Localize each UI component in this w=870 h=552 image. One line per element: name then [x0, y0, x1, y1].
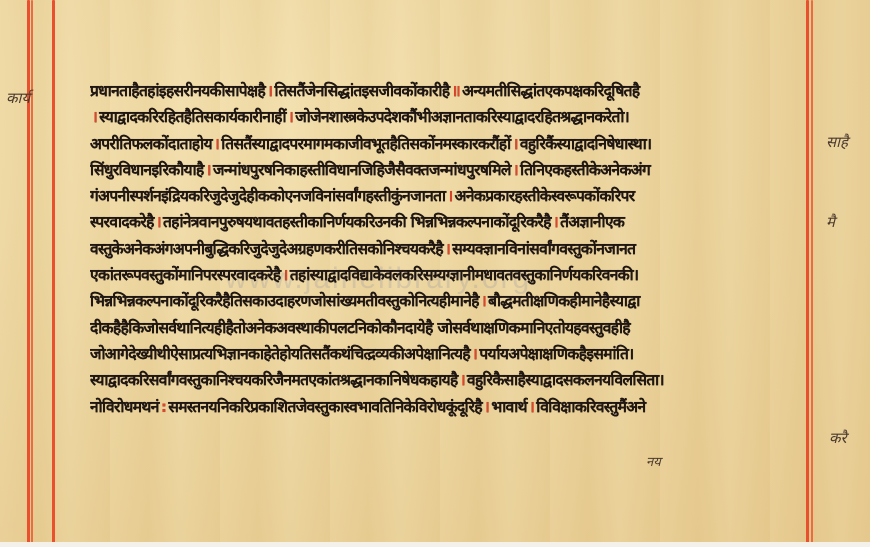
- text-line-6: स्परवादकरेहै।तहांनेत्रवानपुरुषयथावतहस्ती…: [90, 209, 812, 235]
- text-line-3: अपरीतिफलकोंदाताहोय।तिसतैंस्याद्वादपरमागम…: [90, 131, 812, 157]
- margin-note-right-2: मै: [826, 212, 835, 232]
- margin-note-left: कार्य: [6, 88, 30, 108]
- left-outer-rule: [27, 0, 30, 547]
- text-line-11: जोआगेदेख्यीथीऐसाप्रत्यभिज्ञानकाहेतेहोयति…: [90, 341, 812, 367]
- left-text-rule: [52, 0, 55, 547]
- margin-note-right-1: साहै: [826, 132, 848, 152]
- text-line-7: वस्तुकेअनेकअंगअपनीबुद्धिकरिजुदेजुदेअग्रह…: [90, 236, 812, 262]
- margin-note-right-3: करै: [829, 428, 847, 448]
- interlinear-note: नय: [646, 452, 661, 470]
- text-line-10: दीकहैहैकिजोसर्वथानित्यहीहैतोअनेकअवस्थाकी…: [90, 315, 812, 341]
- text-line-2: ।स्याद्वादकरिरहितहैतिसकार्यकारीनाहीं।जोज…: [90, 104, 812, 130]
- text-line-9: भिन्नभिन्नकल्पनाकोंदूरिकरैहैतिसकाउदाहरणज…: [90, 288, 812, 314]
- text-line-4: सिंधुरविधानइरिकौयाहै।जन्मांधपुरषनिकाहस्त…: [90, 157, 812, 183]
- manuscript-text: प्रधानताहैतहांइहसरीनयकीसापेक्षहै।तिसतैंज…: [90, 78, 812, 420]
- text-line-5: गंअपनीस्पर्शनइंद्रियकरिजुदेजुदेहीककोएनजव…: [90, 183, 812, 209]
- manuscript-folio: www.jainelibrary.org कार्य साहै मै करै न…: [0, 0, 870, 547]
- text-line-13: नोविरोधमथनं:समस्तनयनिकरिप्रकाशितजेवस्तुक…: [90, 394, 812, 420]
- left-inner-rule: [31, 0, 33, 547]
- text-line-12: स्याद्वादकरिसर्वांगवस्तुकानिश्चयकरिजैनमत…: [90, 367, 812, 393]
- text-line-1: प्रधानताहैतहांइहसरीनयकीसापेक्षहै।तिसतैंज…: [90, 78, 812, 104]
- text-line-8: एकांतरूपवस्तुकोंमानिपरस्परवादकरेहै।तहांस…: [90, 262, 812, 288]
